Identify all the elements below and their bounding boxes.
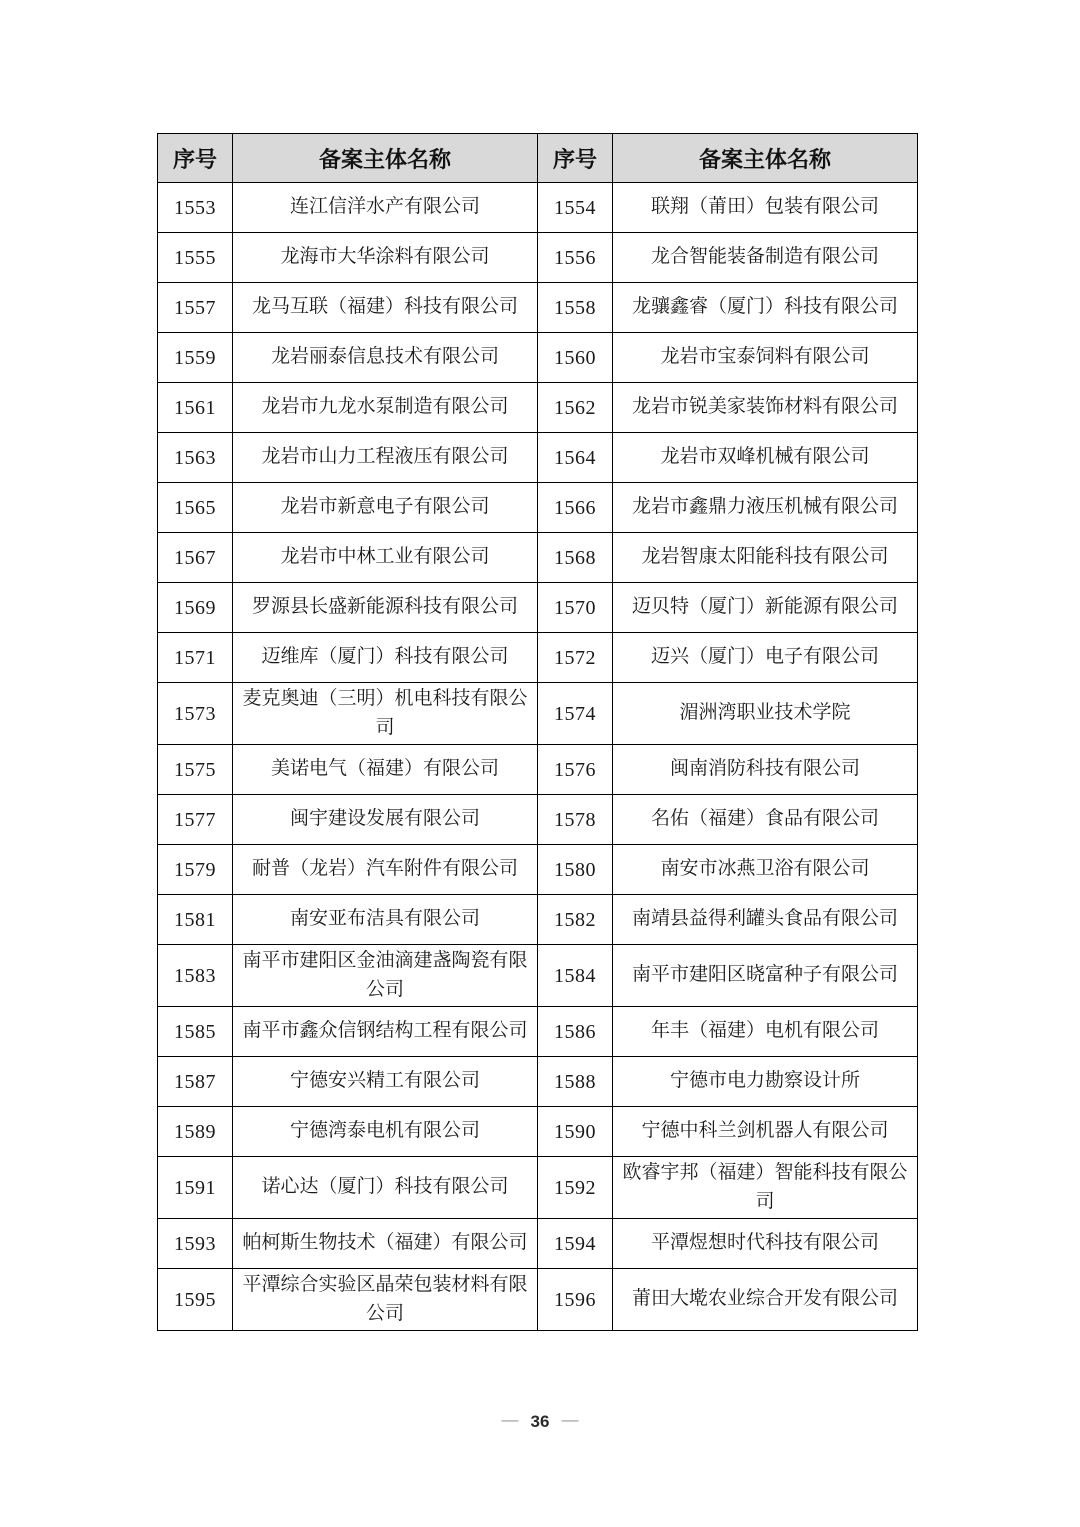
entity-name-cell-left: 闽宇建设发展有限公司	[233, 795, 538, 845]
seq-cell-right: 1592	[538, 1157, 613, 1219]
seq-cell-left: 1593	[158, 1219, 233, 1269]
entity-name-cell-left: 南平市鑫众信钢结构工程有限公司	[233, 1007, 538, 1057]
entity-name-cell-left: 龙岩市九龙水泵制造有限公司	[233, 383, 538, 433]
seq-cell-right: 1590	[538, 1107, 613, 1157]
seq-cell-left: 1559	[158, 333, 233, 383]
page-number: 36	[531, 1412, 550, 1431]
table-row: 1593 帕柯斯生物技术（福建）有限公司 1594 平潭煜想时代科技有限公司	[158, 1219, 918, 1269]
seq-cell-left: 1573	[158, 683, 233, 745]
seq-cell-right: 1576	[538, 745, 613, 795]
entity-name-cell-left: 诺心达（厦门）科技有限公司	[233, 1157, 538, 1219]
table-row: 1569 罗源县长盛新能源科技有限公司 1570 迈贝特（厦门）新能源有限公司	[158, 583, 918, 633]
seq-cell-left: 1557	[158, 283, 233, 333]
header-entity-name-right: 备案主体名称	[613, 134, 918, 183]
entity-name-cell-left: 罗源县长盛新能源科技有限公司	[233, 583, 538, 633]
table-row: 1553 连江信洋水产有限公司 1554 联翔（莆田）包装有限公司	[158, 183, 918, 233]
entity-name-cell-right: 年丰（福建）电机有限公司	[613, 1007, 918, 1057]
header-seq-right: 序号	[538, 134, 613, 183]
entity-name-cell-left: 南安亚布洁具有限公司	[233, 895, 538, 945]
table-row: 1559 龙岩丽泰信息技术有限公司 1560 龙岩市宝泰饲料有限公司	[158, 333, 918, 383]
entity-name-cell-left: 耐普（龙岩）汽车附件有限公司	[233, 845, 538, 895]
entity-name-cell-left: 迈维库（厦门）科技有限公司	[233, 633, 538, 683]
seq-cell-right: 1556	[538, 233, 613, 283]
seq-cell-left: 1575	[158, 745, 233, 795]
table-row: 1557 龙马互联（福建）科技有限公司 1558 龙骧鑫睿（厦门）科技有限公司	[158, 283, 918, 333]
entity-name-cell-right: 迈兴（厦门）电子有限公司	[613, 633, 918, 683]
seq-cell-left: 1587	[158, 1057, 233, 1107]
table-row: 1579 耐普（龙岩）汽车附件有限公司 1580 南安市冰燕卫浴有限公司	[158, 845, 918, 895]
entity-name-cell-left: 龙海市大华涂料有限公司	[233, 233, 538, 283]
seq-cell-left: 1581	[158, 895, 233, 945]
document-page: 序号 备案主体名称 序号 备案主体名称 1553 连江信洋水产有限公司 1554…	[0, 0, 1080, 1527]
seq-cell-right: 1586	[538, 1007, 613, 1057]
entity-name-cell-left: 龙马互联（福建）科技有限公司	[233, 283, 538, 333]
table-row: 1581 南安亚布洁具有限公司 1582 南靖县益得利罐头食品有限公司	[158, 895, 918, 945]
entity-name-cell-left: 龙岩市中林工业有限公司	[233, 533, 538, 583]
entity-name-cell-right: 莆田大墘农业综合开发有限公司	[613, 1269, 918, 1331]
entity-name-cell-left: 龙岩丽泰信息技术有限公司	[233, 333, 538, 383]
seq-cell-right: 1572	[538, 633, 613, 683]
seq-cell-left: 1591	[158, 1157, 233, 1219]
seq-cell-left: 1571	[158, 633, 233, 683]
entity-name-cell-right: 宁德市电力勘察设计所	[613, 1057, 918, 1107]
entity-name-cell-left: 美诺电气（福建）有限公司	[233, 745, 538, 795]
seq-cell-right: 1564	[538, 433, 613, 483]
registration-entities-table: 序号 备案主体名称 序号 备案主体名称 1553 连江信洋水产有限公司 1554…	[157, 133, 918, 1331]
header-entity-name-left: 备案主体名称	[233, 134, 538, 183]
entity-name-cell-left: 宁德安兴精工有限公司	[233, 1057, 538, 1107]
seq-cell-right: 1584	[538, 945, 613, 1007]
seq-cell-right: 1578	[538, 795, 613, 845]
table-row: 1577 闽宇建设发展有限公司 1578 名佑（福建）食品有限公司	[158, 795, 918, 845]
table-row: 1575 美诺电气（福建）有限公司 1576 闽南消防科技有限公司	[158, 745, 918, 795]
seq-cell-right: 1566	[538, 483, 613, 533]
header-seq-left: 序号	[158, 134, 233, 183]
table-row: 1555 龙海市大华涂料有限公司 1556 龙合智能装备制造有限公司	[158, 233, 918, 283]
seq-cell-right: 1594	[538, 1219, 613, 1269]
page-footer: —36—	[0, 1412, 1080, 1432]
table-row: 1583 南平市建阳区金油滴建盏陶瓷有限公司 1584 南平市建阳区晓富种子有限…	[158, 945, 918, 1007]
table-row: 1591 诺心达（厦门）科技有限公司 1592 欧睿宇邦（福建）智能科技有限公司	[158, 1157, 918, 1219]
seq-cell-left: 1561	[158, 383, 233, 433]
footer-dash-right: —	[561, 1410, 578, 1429]
table-row: 1595 平潭综合实验区晶荣包装材料有限公司 1596 莆田大墘农业综合开发有限…	[158, 1269, 918, 1331]
seq-cell-right: 1574	[538, 683, 613, 745]
seq-cell-left: 1553	[158, 183, 233, 233]
footer-dash-left: —	[502, 1410, 519, 1429]
entity-name-cell-left: 南平市建阳区金油滴建盏陶瓷有限公司	[233, 945, 538, 1007]
entity-name-cell-right: 湄洲湾职业技术学院	[613, 683, 918, 745]
entity-name-cell-right: 名佑（福建）食品有限公司	[613, 795, 918, 845]
entity-name-cell-left: 帕柯斯生物技术（福建）有限公司	[233, 1219, 538, 1269]
seq-cell-left: 1555	[158, 233, 233, 283]
seq-cell-right: 1554	[538, 183, 613, 233]
seq-cell-right: 1568	[538, 533, 613, 583]
entity-name-cell-right: 南安市冰燕卫浴有限公司	[613, 845, 918, 895]
seq-cell-left: 1595	[158, 1269, 233, 1331]
entity-name-cell-right: 龙合智能装备制造有限公司	[613, 233, 918, 283]
entity-name-cell-left: 麦克奥迪（三明）机电科技有限公司	[233, 683, 538, 745]
seq-cell-left: 1585	[158, 1007, 233, 1057]
entity-name-cell-left: 平潭综合实验区晶荣包装材料有限公司	[233, 1269, 538, 1331]
seq-cell-left: 1563	[158, 433, 233, 483]
seq-cell-left: 1589	[158, 1107, 233, 1157]
table-body: 1553 连江信洋水产有限公司 1554 联翔（莆田）包装有限公司 1555 龙…	[158, 183, 918, 1331]
seq-cell-right: 1558	[538, 283, 613, 333]
entity-name-cell-right: 平潭煜想时代科技有限公司	[613, 1219, 918, 1269]
entity-name-cell-left: 连江信洋水产有限公司	[233, 183, 538, 233]
seq-cell-right: 1560	[538, 333, 613, 383]
entity-name-cell-left: 龙岩市山力工程液压有限公司	[233, 433, 538, 483]
entity-name-cell-right: 龙骧鑫睿（厦门）科技有限公司	[613, 283, 918, 333]
seq-cell-left: 1565	[158, 483, 233, 533]
entity-name-cell-right: 南靖县益得利罐头食品有限公司	[613, 895, 918, 945]
entity-name-cell-left: 龙岩市新意电子有限公司	[233, 483, 538, 533]
seq-cell-right: 1596	[538, 1269, 613, 1331]
seq-cell-left: 1579	[158, 845, 233, 895]
table-row: 1565 龙岩市新意电子有限公司 1566 龙岩市鑫鼎力液压机械有限公司	[158, 483, 918, 533]
seq-cell-right: 1580	[538, 845, 613, 895]
table-row: 1567 龙岩市中林工业有限公司 1568 龙岩智康太阳能科技有限公司	[158, 533, 918, 583]
seq-cell-left: 1569	[158, 583, 233, 633]
entity-name-cell-right: 联翔（莆田）包装有限公司	[613, 183, 918, 233]
table-row: 1573 麦克奥迪（三明）机电科技有限公司 1574 湄洲湾职业技术学院	[158, 683, 918, 745]
entity-name-cell-right: 迈贝特（厦门）新能源有限公司	[613, 583, 918, 633]
entity-name-cell-left: 宁德湾泰电机有限公司	[233, 1107, 538, 1157]
entity-name-cell-right: 南平市建阳区晓富种子有限公司	[613, 945, 918, 1007]
table-row: 1587 宁德安兴精工有限公司 1588 宁德市电力勘察设计所	[158, 1057, 918, 1107]
seq-cell-right: 1588	[538, 1057, 613, 1107]
table-row: 1561 龙岩市九龙水泵制造有限公司 1562 龙岩市锐美家装饰材料有限公司	[158, 383, 918, 433]
table-row: 1585 南平市鑫众信钢结构工程有限公司 1586 年丰（福建）电机有限公司	[158, 1007, 918, 1057]
table-row: 1589 宁德湾泰电机有限公司 1590 宁德中科兰剑机器人有限公司	[158, 1107, 918, 1157]
entity-name-cell-right: 龙岩智康太阳能科技有限公司	[613, 533, 918, 583]
entity-name-cell-right: 龙岩市锐美家装饰材料有限公司	[613, 383, 918, 433]
entity-name-cell-right: 龙岩市双峰机械有限公司	[613, 433, 918, 483]
seq-cell-left: 1567	[158, 533, 233, 583]
entity-name-cell-right: 闽南消防科技有限公司	[613, 745, 918, 795]
seq-cell-left: 1583	[158, 945, 233, 1007]
seq-cell-right: 1570	[538, 583, 613, 633]
table-row: 1563 龙岩市山力工程液压有限公司 1564 龙岩市双峰机械有限公司	[158, 433, 918, 483]
seq-cell-left: 1577	[158, 795, 233, 845]
entity-name-cell-right: 宁德中科兰剑机器人有限公司	[613, 1107, 918, 1157]
table-row: 1571 迈维库（厦门）科技有限公司 1572 迈兴（厦门）电子有限公司	[158, 633, 918, 683]
table-header-row: 序号 备案主体名称 序号 备案主体名称	[158, 134, 918, 183]
entity-name-cell-right: 欧睿宇邦（福建）智能科技有限公司	[613, 1157, 918, 1219]
entity-name-cell-right: 龙岩市鑫鼎力液压机械有限公司	[613, 483, 918, 533]
seq-cell-right: 1582	[538, 895, 613, 945]
seq-cell-right: 1562	[538, 383, 613, 433]
entity-name-cell-right: 龙岩市宝泰饲料有限公司	[613, 333, 918, 383]
